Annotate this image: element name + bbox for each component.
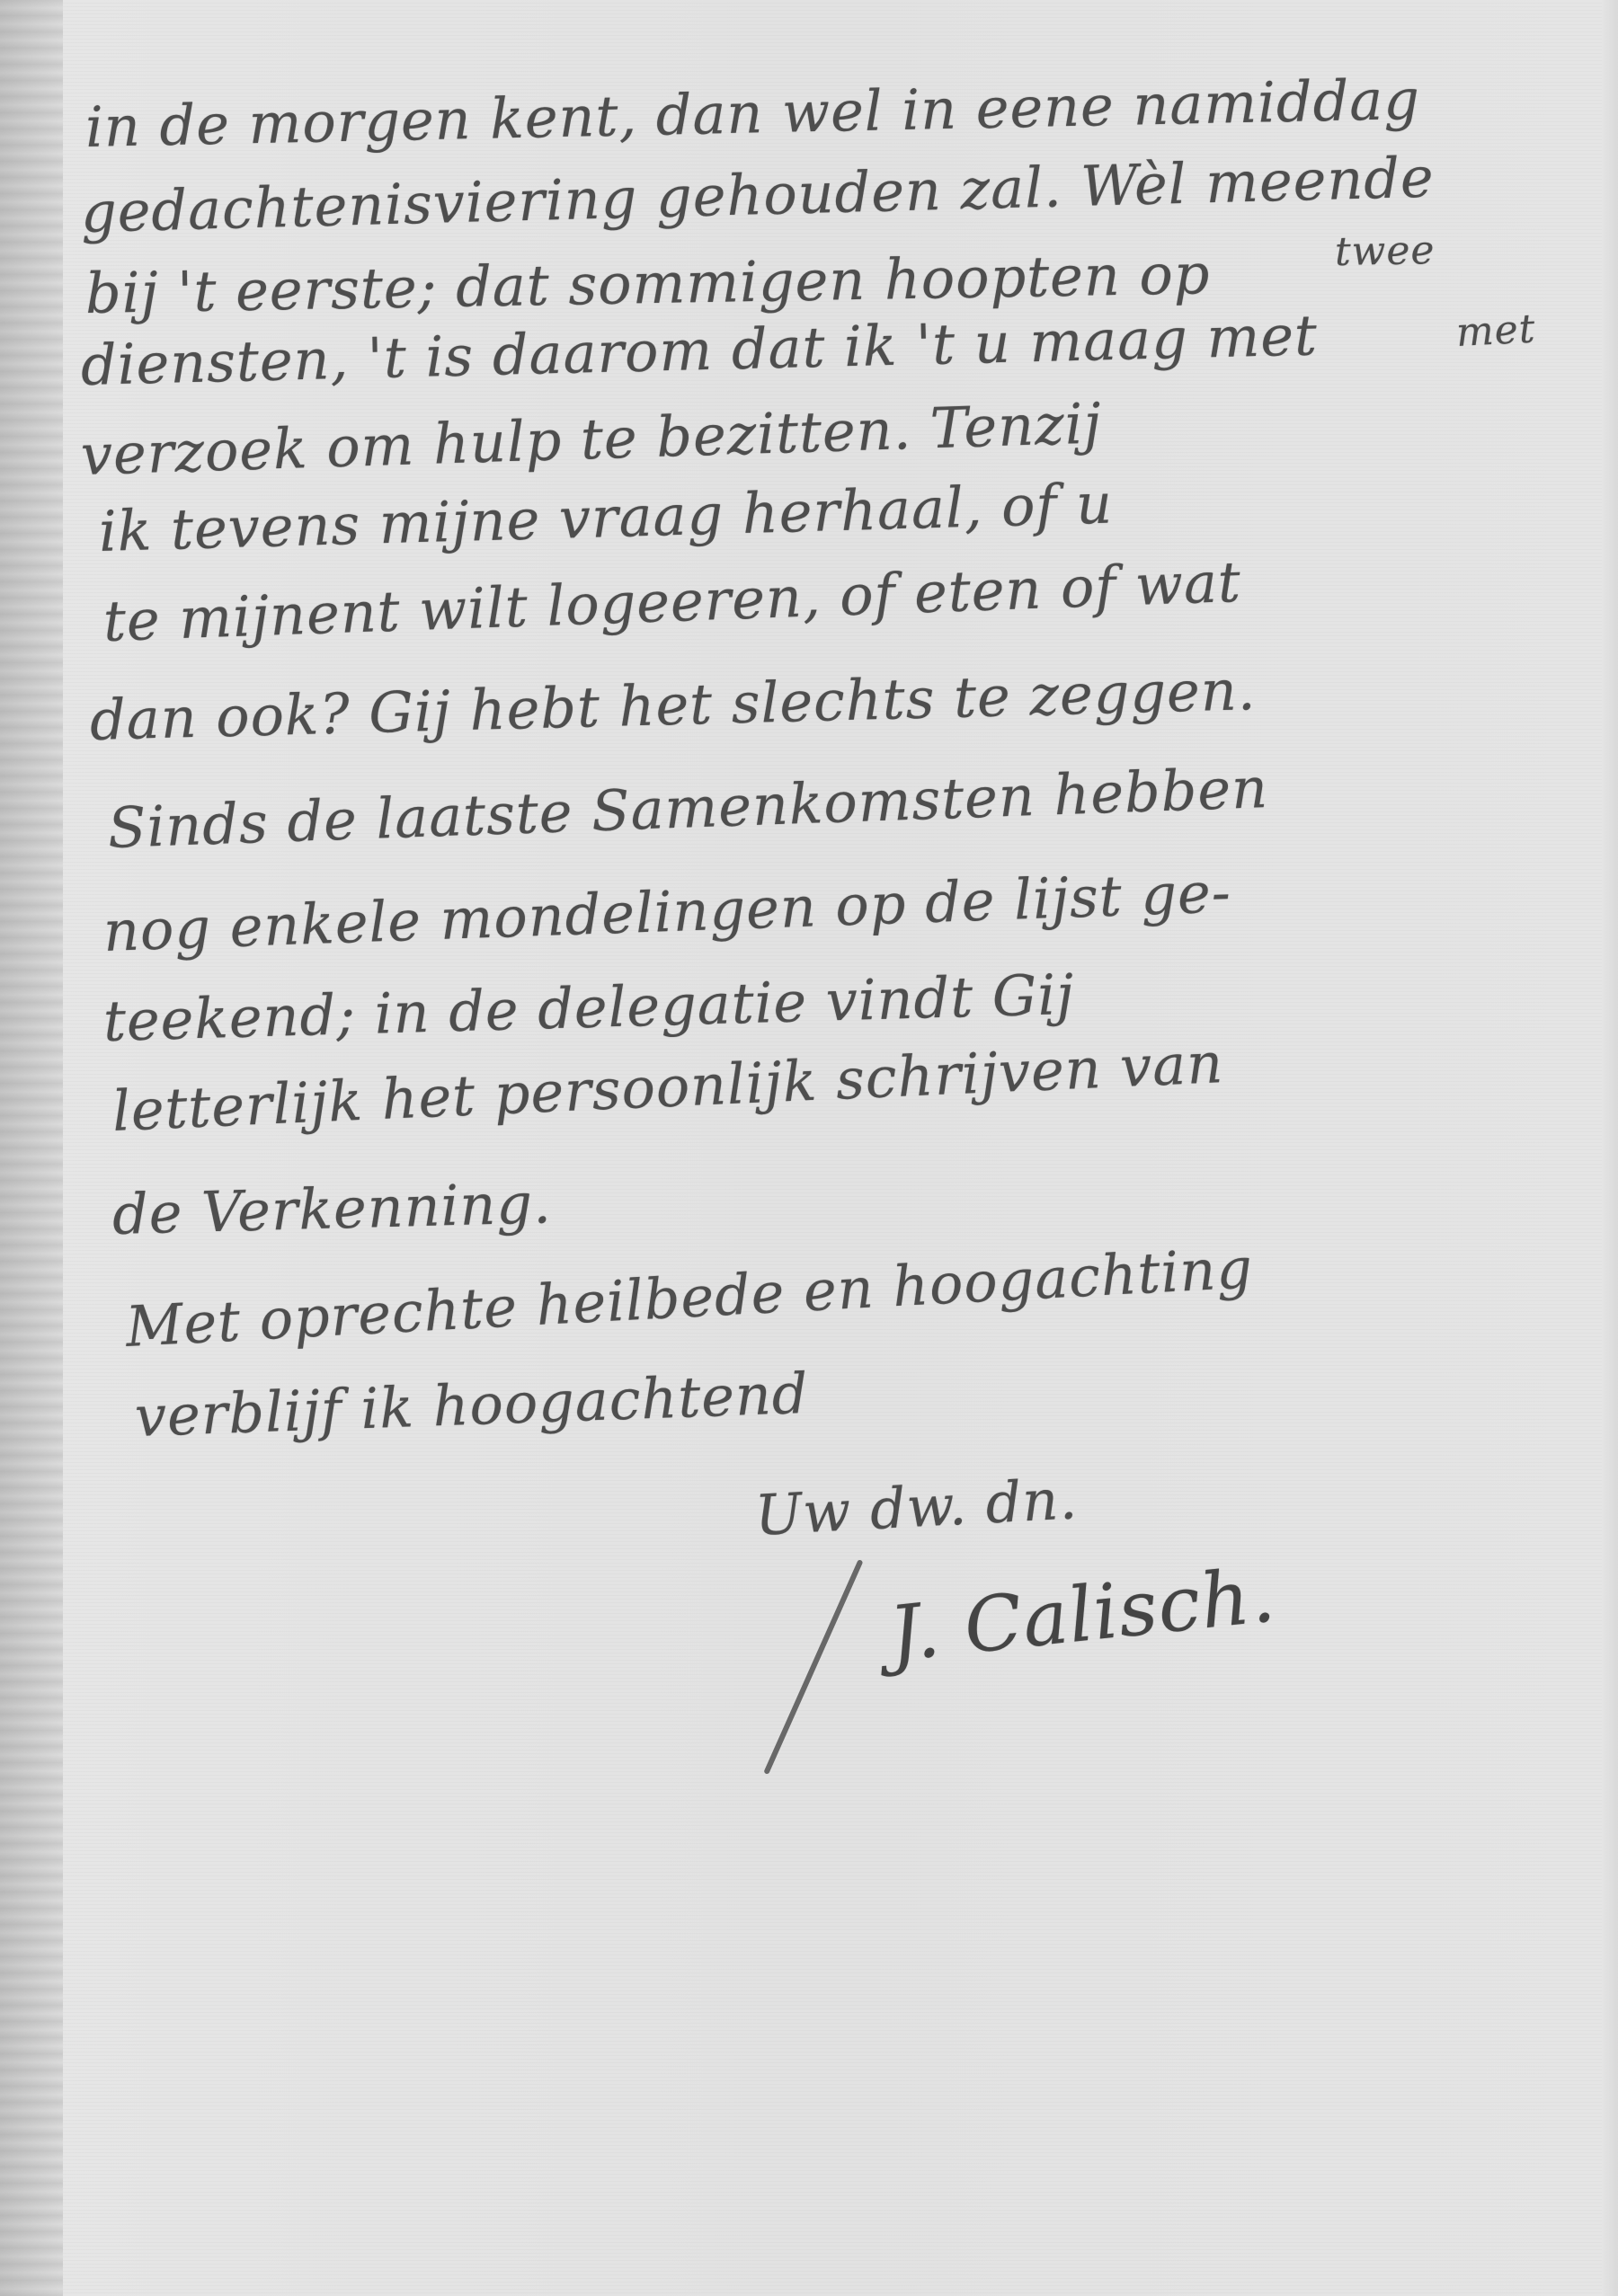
interlinear-insertion: met — [1455, 306, 1537, 356]
interlinear-insertion: twee — [1335, 227, 1436, 275]
binding-gutter — [0, 0, 63, 2296]
letter-line: de Verkenning. — [111, 1170, 553, 1247]
page-edge — [1602, 0, 1618, 2296]
